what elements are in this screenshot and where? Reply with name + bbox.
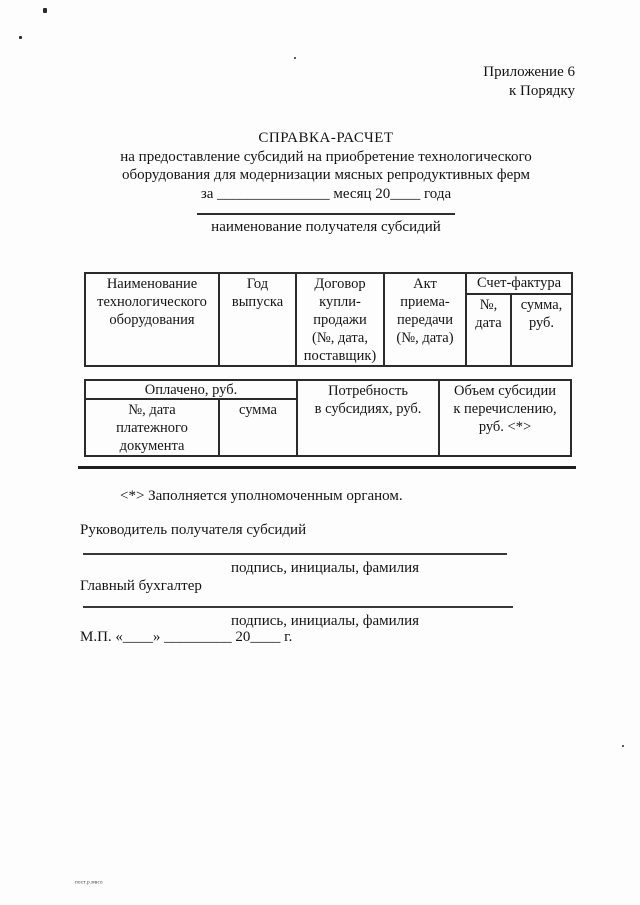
equipment-table: Наименование технологического оборудован… (84, 272, 573, 367)
head-signature-label: Руководитель получателя субсидий (80, 522, 306, 539)
period-blank-line: за _______________ месяц 20____ года (12, 185, 640, 204)
col-header-invoice-group: Счет-фактура (466, 273, 572, 294)
col-header-paid-group: Оплачено, руб. (85, 380, 297, 399)
document-page: Приложение 6 к Порядку СПРАВКА-РАСЧЕТ на… (0, 0, 640, 905)
appendix-label: Приложение 6 к Порядку (483, 63, 575, 101)
accountant-signature-caption: подпись, инициалы, фамилия (145, 613, 505, 630)
accountant-signature-line (83, 606, 513, 608)
col-header-invoice-no: №, дата (466, 294, 511, 366)
col-header-act: Акт приема- передачи (№, дата) (384, 273, 466, 366)
document-title: СПРАВКА-РАСЧЕТ (12, 129, 640, 148)
recipient-caption: наименование получателя субсидий (12, 218, 640, 237)
col-header-paysum: сумма (219, 399, 297, 456)
scan-speck (19, 36, 22, 39)
scan-speck (622, 745, 624, 747)
section-divider (78, 466, 576, 469)
col-header-equipment: Наименование технологического оборудован… (85, 273, 219, 366)
col-header-invoice-sum: сумма, руб. (511, 294, 572, 366)
payment-table: Оплачено, руб. Потребность в субсидиях, … (84, 379, 572, 457)
scan-speck (43, 8, 47, 13)
title-block: СПРАВКА-РАСЧЕТ на предоставление субсиди… (12, 129, 640, 237)
subtitle-line-1: на предоставление субсидий на приобретен… (12, 148, 640, 167)
col-header-paydoc: №, дата платежного документа (85, 399, 219, 456)
subtitle-line-2: оборудования для модернизации мясных реп… (12, 166, 640, 185)
col-header-need: Потребность в субсидиях, руб. (297, 380, 439, 456)
col-header-subsidy: Объем субсидии к перечислению, руб. <*> (439, 380, 571, 456)
recipient-name-line (197, 213, 455, 215)
accountant-signature-label: Главный бухгалтер (80, 578, 202, 595)
appendix-reference: к Порядку (483, 82, 575, 101)
appendix-number: Приложение 6 (483, 63, 575, 82)
col-header-year: Год выпуска (219, 273, 296, 366)
head-signature-caption: подпись, инициалы, фамилия (145, 560, 505, 577)
stamp-date-line: М.П. «____» _________ 20____ г. (80, 629, 292, 646)
head-signature-line (83, 553, 507, 555)
footer-mark: пост.р.мвсо (75, 880, 103, 885)
footnote: <*> Заполняется уполномоченным органом. (120, 488, 403, 505)
scan-speck (294, 57, 296, 59)
col-header-contract: Договор купли- продажи (№, дата, поставщ… (296, 273, 384, 366)
